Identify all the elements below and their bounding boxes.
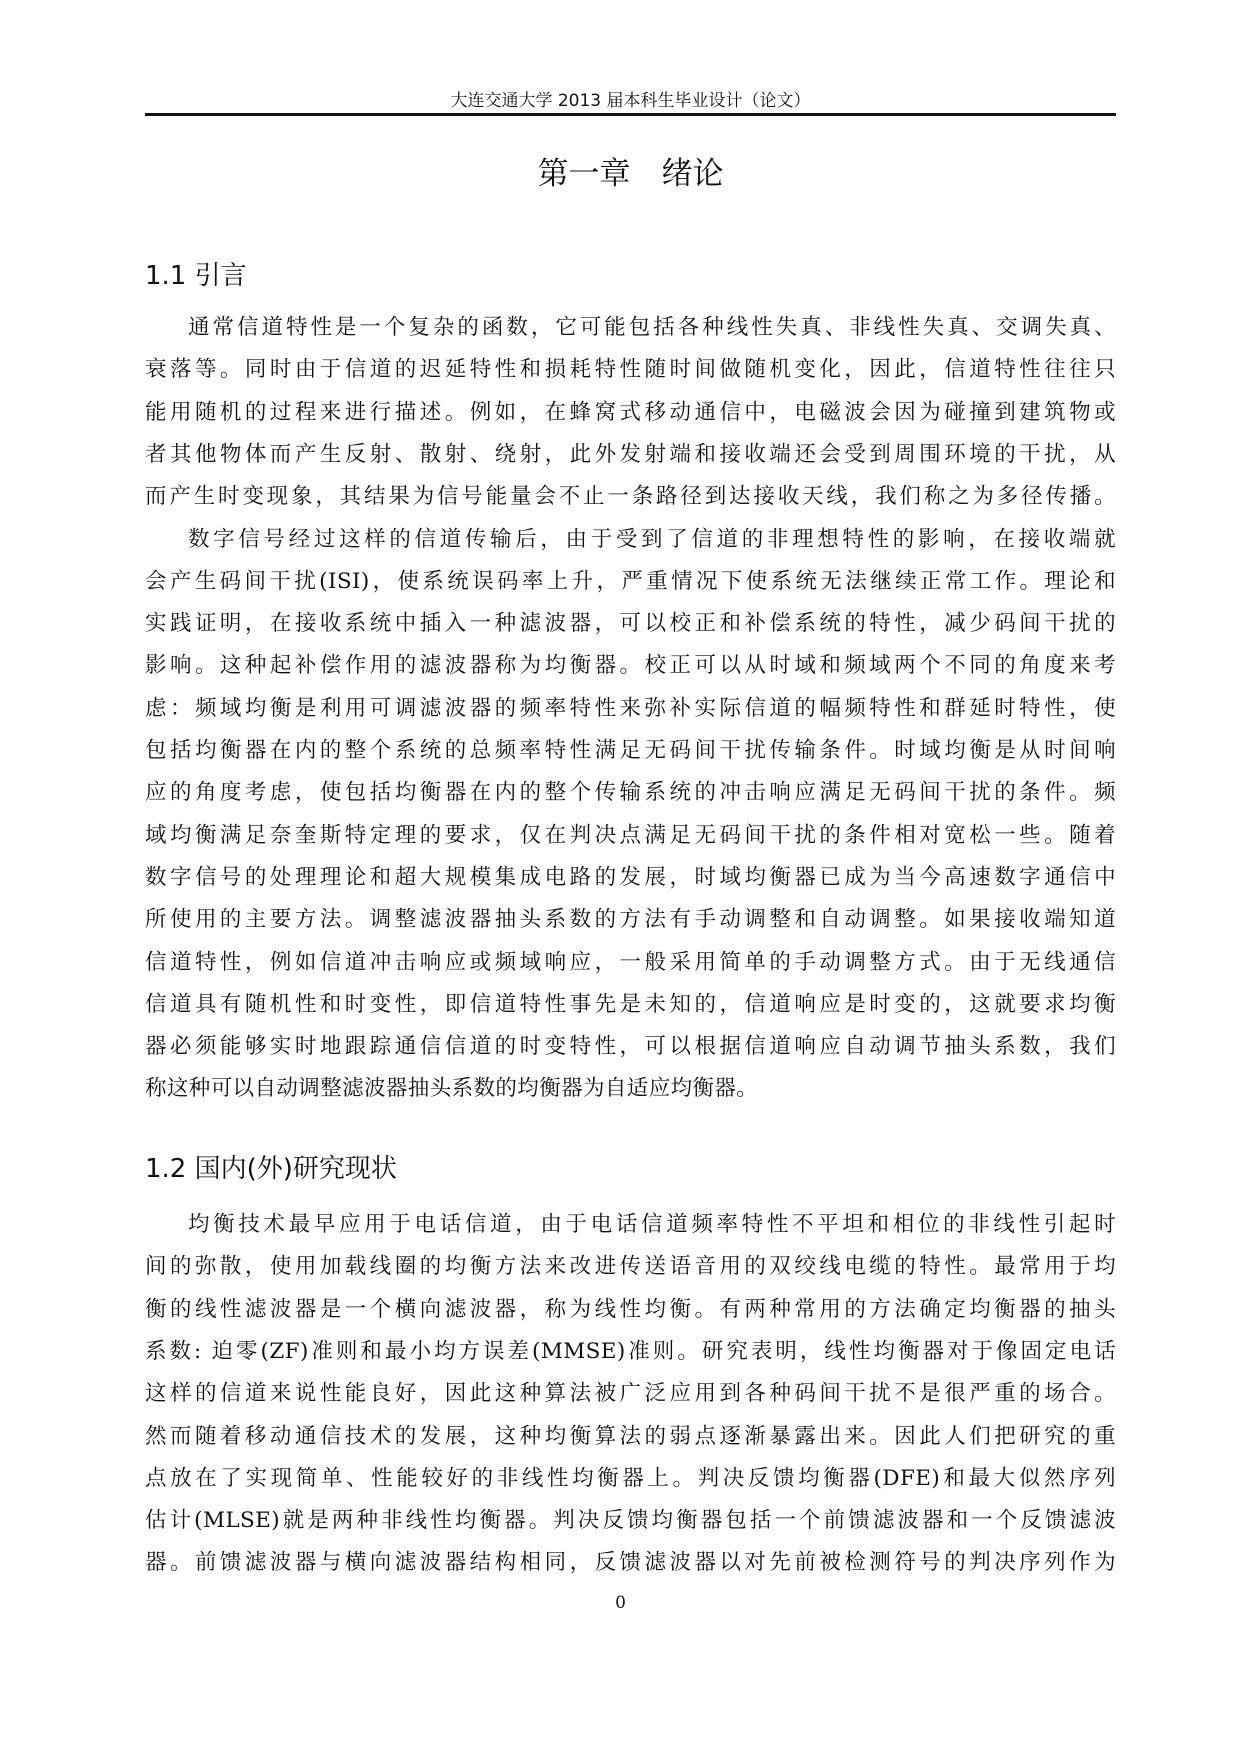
text-line: 域均衡满足奈奎斯特定理的要求，仅在判决点满足无码间干扰的条件相对宽松一些。随着	[145, 821, 1116, 851]
text-line: 然而随着移动通信技术的发展，这种均衡算法的弱点逐渐暴露出来。因此人们把研究的重	[145, 1422, 1116, 1452]
text-line: 影响。这种起补偿作用的滤波器称为均衡器。校正可以从时域和频域两个不同的角度来考	[145, 651, 1116, 681]
text-line: 器。前馈滤波器与横向滤波器结构相同，反馈滤波器以对先前被检测符号的判决序列作为	[145, 1548, 1116, 1578]
page-number: 0	[0, 1593, 1241, 1613]
text-line: 衰落等。同时由于信道的迟延特性和损耗特性随时间做随机变化，因此，信道特性往往只	[145, 355, 1116, 385]
text-line: 所使用的主要方法。调整滤波器抽头系数的方法有手动调整和自动调整。如果接收端知道	[145, 905, 1116, 935]
text-line: 信道特性，例如信道冲击响应或频域响应，一般采用简单的手动调整方式。由于无线通信	[145, 948, 1116, 978]
section-heading-1-1: 1.1 引言	[145, 255, 247, 292]
text-line: 会产生码间干扰(ISI)，使系统误码率上升，严重情况下使系统无法继续正常工作。理…	[145, 567, 1116, 597]
text-line: 间的弥散，使用加载线圈的均衡方法来改进传送语音用的双绞线电缆的特性。最常用于均	[145, 1252, 1116, 1282]
running-header: 大连交通大学 2013 届本科生毕业设计（论文）	[145, 86, 1116, 111]
text-line: 数字信号的处理理论和超大规模集成电路的发展，时域均衡器已成为当今高速数字通信中	[145, 863, 1116, 893]
header-rule	[145, 113, 1116, 116]
text-line: 能用随机的过程来进行描述。例如，在蜂窝式移动通信中，电磁波会因为碰撞到建筑物或	[145, 398, 1116, 428]
text-line: 虑：频域均衡是利用可调滤波器的频率特性来弥补实际信道的幅频特性和群延时特性，使	[145, 694, 1116, 724]
text-line: 通常信道特性是一个复杂的函数，它可能包括各种线性失真、非线性失真、交调失真、	[188, 313, 1116, 343]
text-line: 数字信号经过这样的信道传输后，由于受到了信道的非理想特性的影响，在接收端就	[188, 525, 1116, 555]
text-line: 这样的信道来说性能良好，因此这种算法被广泛应用到各种码间干扰不是很严重的场合。	[145, 1379, 1116, 1409]
text-line: 者其他物体而产生反射、散射、绕射，此外发射端和接收端还会受到周围环境的干扰，从	[145, 440, 1116, 470]
text-line: 应的角度考虑，使包括均衡器在内的整个传输系统的冲击响应满足无码间干扰的条件。频	[145, 778, 1116, 808]
text-line: 器必须能够实时地跟踪通信信道的时变特性，可以根据信道响应自动调节抽头系数，我们	[145, 1032, 1116, 1062]
text-line: 而产生时变现象，其结果为信号能量会不止一条路径到达接收天线，我们称之为多径传播。	[145, 482, 1116, 512]
text-line: 称这种可以自动调整滤波器抽头系数的均衡器为自适应均衡器。	[145, 1074, 1116, 1104]
text-line: 均衡技术最早应用于电话信道，由于电话信道频率特性不平坦和相位的非线性引起时	[188, 1210, 1116, 1240]
text-line: 信道具有随机性和时变性，即信道特性事先是未知的，信道响应是时变的，这就要求均衡	[145, 990, 1116, 1020]
document-page: 大连交通大学 2013 届本科生毕业设计（论文） 第一章 绪论 1.1 引言 通…	[0, 0, 1241, 1754]
text-line: 包括均衡器在内的整个系统的总频率特性满足无码间干扰传输条件。时域均衡是从时间响	[145, 736, 1116, 766]
text-line: 衡的线性滤波器是一个横向滤波器，称为线性均衡。有两种常用的方法确定均衡器的抽头	[145, 1295, 1116, 1325]
section-heading-1-2: 1.2 国内(外)研究现状	[145, 1148, 397, 1185]
text-line: 点放在了实现简单、性能较好的非线性均衡器上。判决反馈均衡器(DFE)和最大似然序…	[145, 1464, 1116, 1494]
text-line: 实践证明，在接收系统中插入一种滤波器，可以校正和补偿系统的特性，减少码间干扰的	[145, 609, 1116, 639]
text-line: 系数: 迫零(ZF)准则和最小均方误差(MMSE)准则。研究表明，线性均衡器对于…	[145, 1337, 1116, 1367]
chapter-title: 第一章 绪论	[145, 148, 1116, 193]
text-line: 估计(MLSE)就是两种非线性均衡器。判决反馈均衡器包括一个前馈滤波器和一个反馈…	[145, 1506, 1116, 1536]
